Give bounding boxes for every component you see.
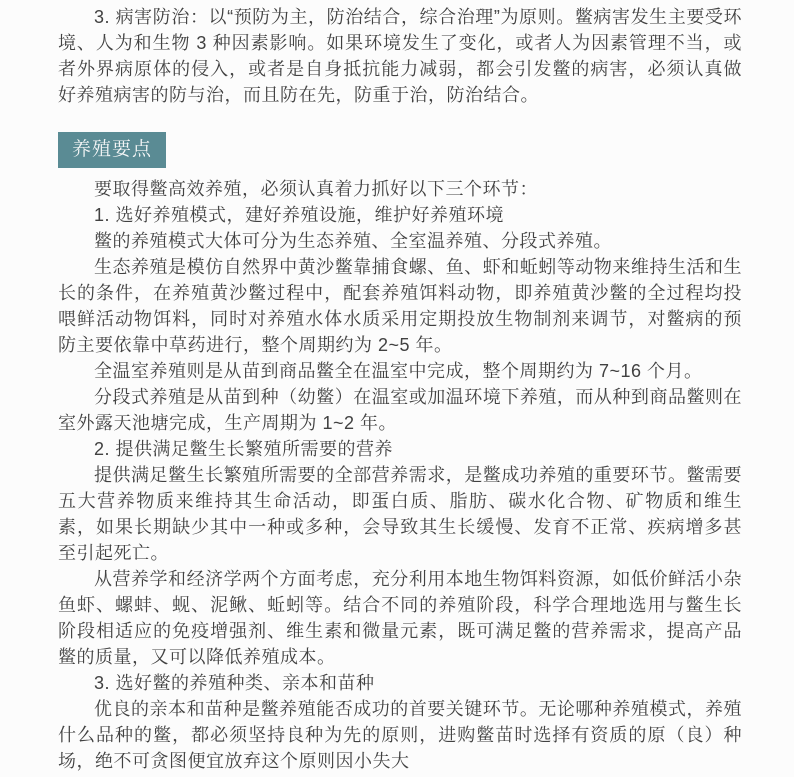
paragraph-disease-prevention: 3. 病害防治：以“预防为主，防治结合，综合治理”为原则。鳖病害发生主要受环境、… [58, 4, 742, 108]
section-badge-row: 养殖要点 [58, 132, 742, 168]
paragraph-greenhouse-culture: 全温室养殖则是从苗到商品鳖全在温室中完成，整个周期约为 7~16 个月。 [58, 358, 742, 384]
document-page: 3. 病害防治：以“预防为主，防治结合，综合治理”为原则。鳖病害发生主要受环境、… [0, 0, 794, 777]
heading-3-seed-selection: 3. 选好鳖的养殖种类、亲本和苗种 [58, 670, 742, 696]
paragraph-nutrition-needs: 提供满足鳖生长繁殖所需要的全部营养需求，是鳖成功养殖的重要环节。鳖需要五大营养物… [58, 462, 742, 566]
paragraph-staged-culture: 分段式养殖是从苗到种（幼鳖）在温室或加温环境下养殖，而从种到商品鳖则在室外露天池… [58, 384, 742, 436]
paragraph-seed-selection: 优良的亲本和苗种是鳖养殖能否成功的首要关键环节。无论哪种养殖模式，养殖什么品种的… [58, 696, 742, 774]
document-content: 3. 病害防治：以“预防为主，防治结合，综合治理”为原则。鳖病害发生主要受环境、… [0, 0, 794, 774]
paragraph-ecological-culture: 生态养殖是模仿自然界中黄沙鳖靠捕食螺、鱼、虾和蚯蚓等动物来维持生活和生长的条件，… [58, 254, 742, 358]
section-badge: 养殖要点 [58, 132, 166, 168]
heading-2-nutrition: 2. 提供满足鳖生长繁殖所需要的营养 [58, 436, 742, 462]
paragraph-culture-modes: 鳖的养殖模式大体可分为生态养殖、全室温养殖、分段式养殖。 [58, 228, 742, 254]
paragraph-nutrition-economics: 从营养学和经济学两个方面考虑，充分利用本地生物饵料资源，如低价鲜活小杂鱼虾、螺蚌… [58, 566, 742, 670]
heading-1-culture-mode: 1. 选好养殖模式，建好养殖设施，维护好养殖环境 [58, 202, 742, 228]
paragraph-three-links-intro: 要取得鳖高效养殖，必须认真着力抓好以下三个环节： [58, 176, 742, 202]
